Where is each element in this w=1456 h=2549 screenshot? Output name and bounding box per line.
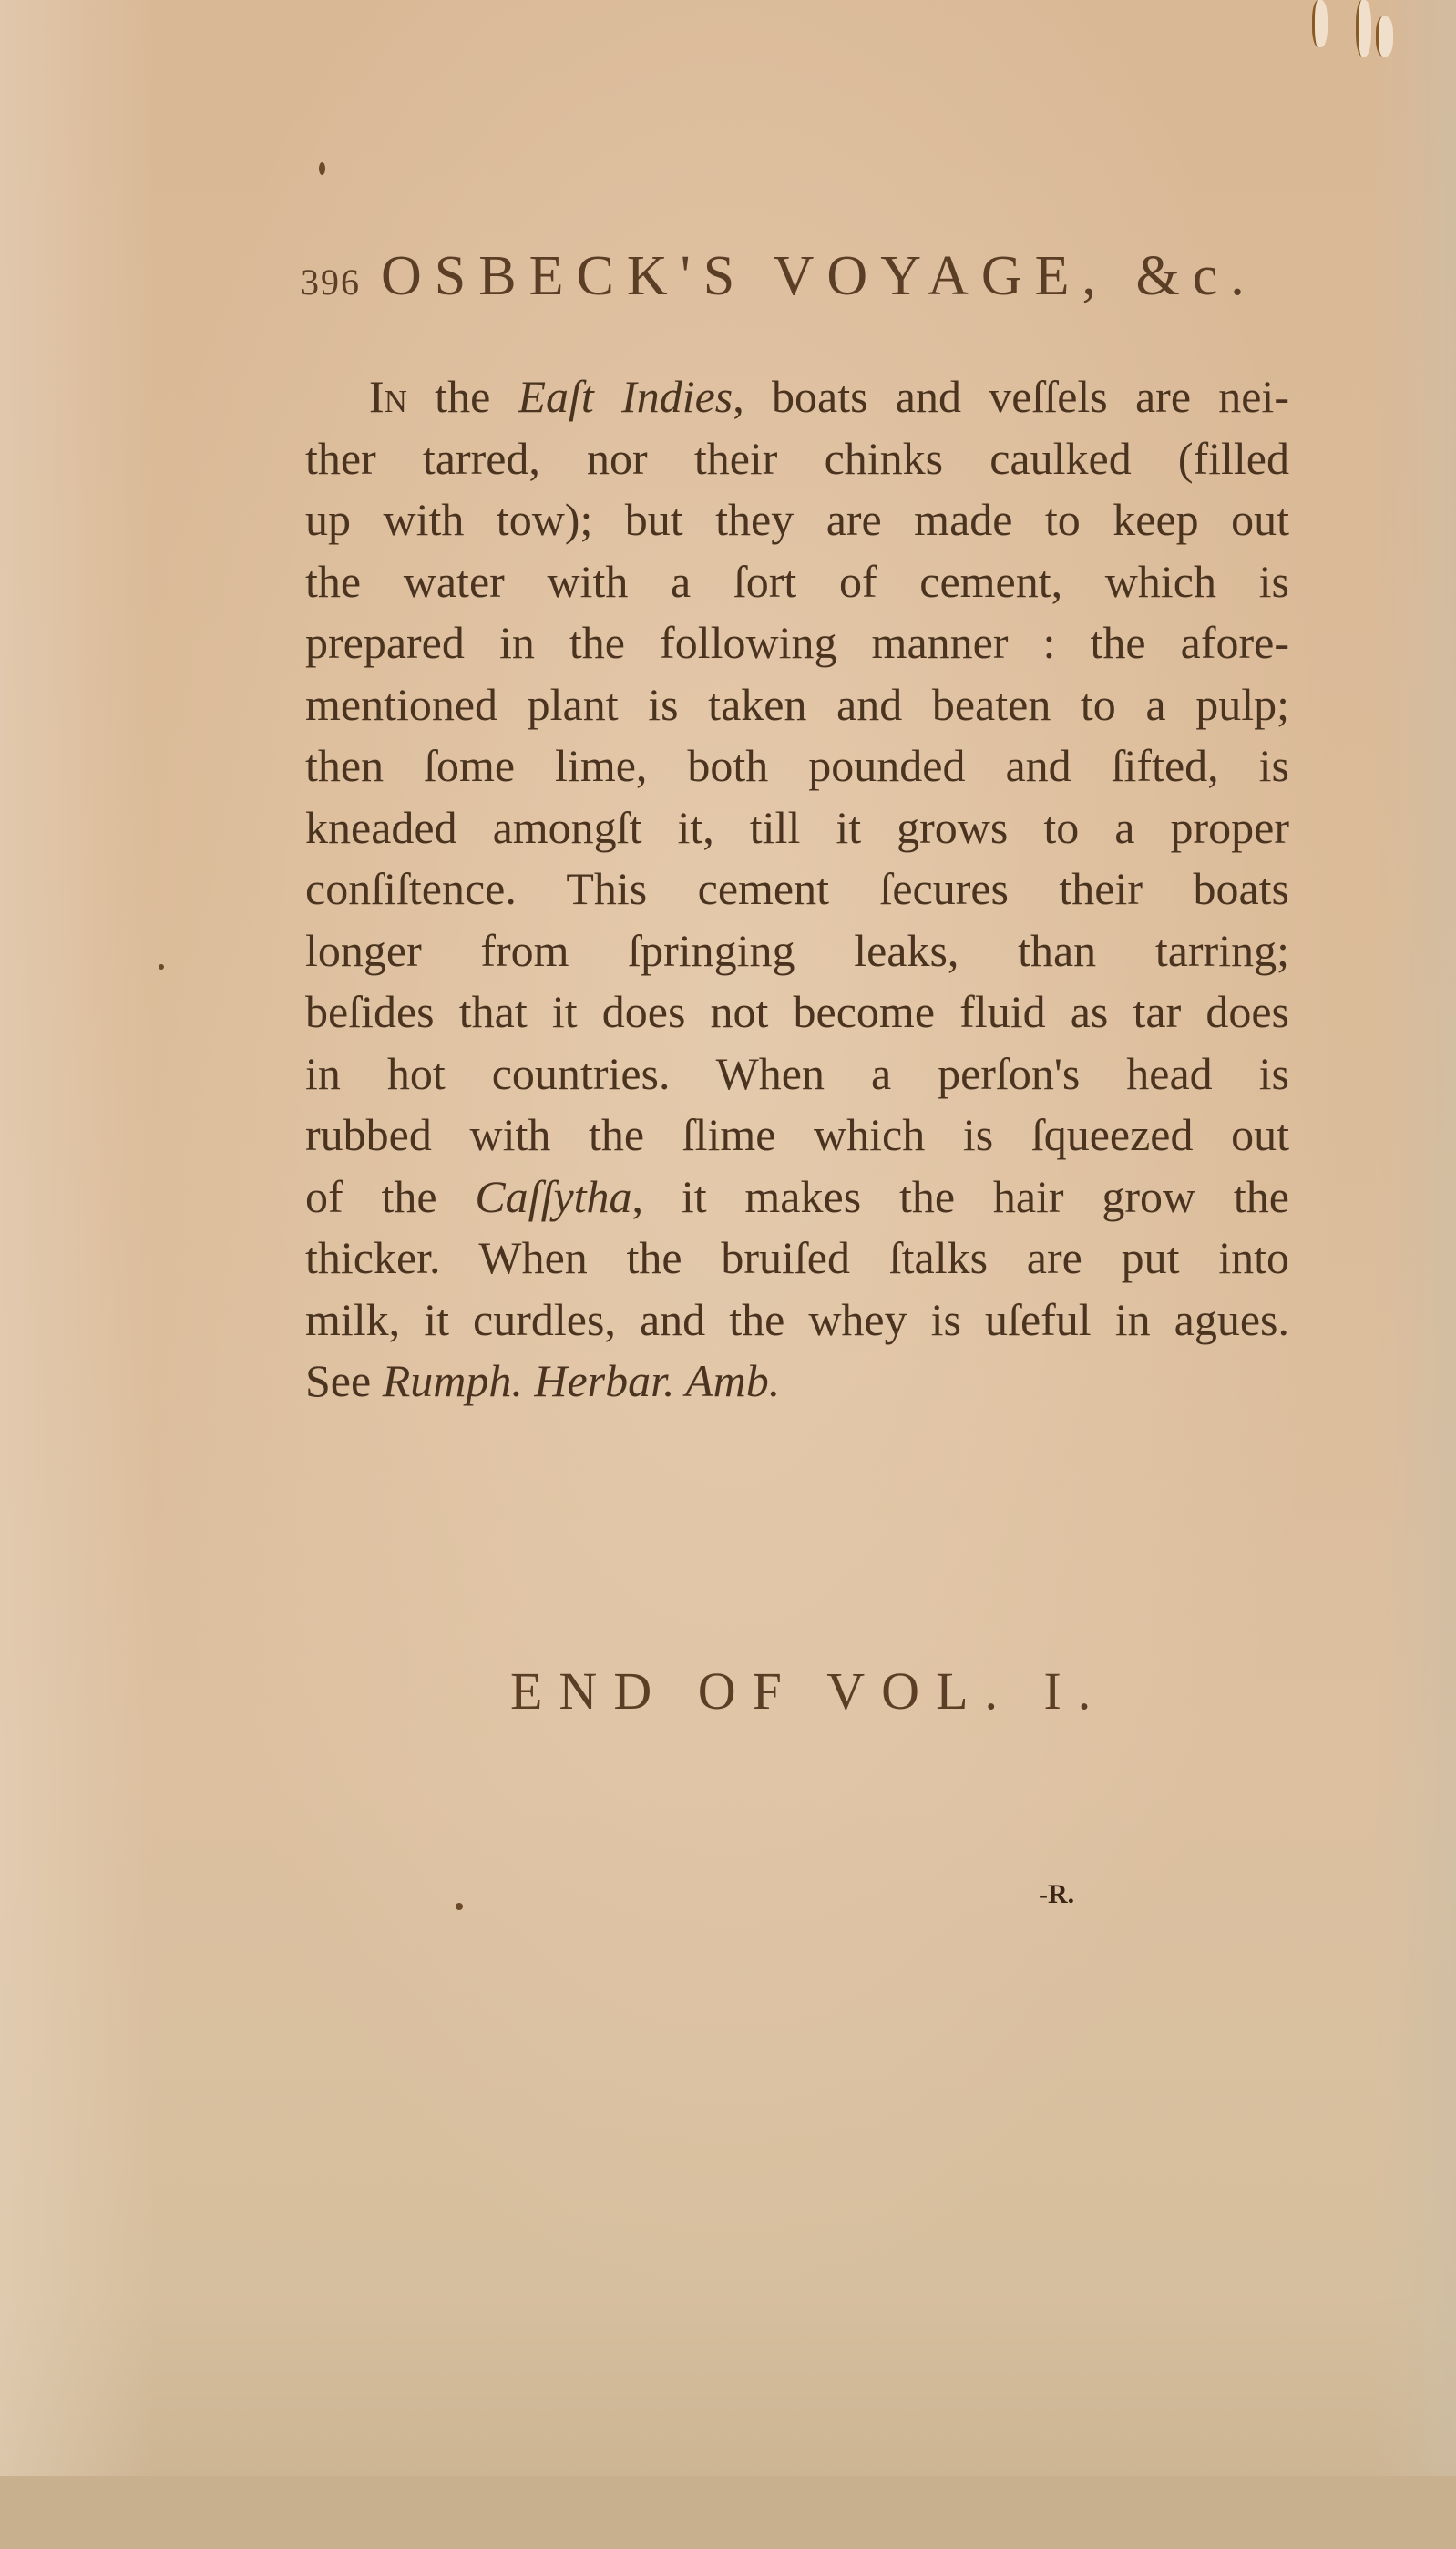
text-line: ther tarred, nor their chinks caulked (f…	[305, 428, 1289, 490]
text-line: mentioned plant is taken and beaten to a…	[305, 674, 1289, 736]
text-segment: , boats and veſſels are nei-	[733, 371, 1289, 422]
text-line: then ſome lime, both pounded and ſifted,…	[305, 735, 1289, 797]
text-line: See Rumph. Herbar. Amb.	[305, 1351, 1289, 1413]
text-line: thicker. When the bruiſed ſtalks are put…	[305, 1228, 1289, 1290]
text-line: the water with a ſort of cement, which i…	[305, 551, 1289, 613]
text-line: kneaded amongſt it, till it grows to a p…	[305, 797, 1289, 859]
text-segment: In	[369, 371, 407, 422]
text-line: beſides that it does not become fluid as…	[305, 982, 1289, 1043]
text-segment: of the	[305, 1171, 475, 1222]
text-segment: the	[407, 371, 518, 422]
page-number: 396	[301, 262, 361, 303]
text-line: longer from ſpringing leaks, than tarrin…	[305, 920, 1289, 982]
italic-text: Caſſytha	[475, 1171, 631, 1222]
text-segment: mentioned plant is taken and beaten to a…	[305, 679, 1289, 730]
ink-speck	[159, 964, 164, 970]
page-bottom-band	[0, 2476, 1456, 2549]
text-segment: , it makes the hair grow the	[632, 1171, 1289, 1222]
text-segment: milk, it curdles, and the whey is uſeful…	[305, 1294, 1289, 1345]
book-page: 396OSBECK'S VOYAGE, &c. In the Eaſt Indi…	[0, 0, 1456, 2549]
text-line: rubbed with the ſlime which is ſqueezed …	[305, 1105, 1289, 1167]
ink-speck	[319, 162, 325, 175]
text-segment: longer from ſpringing leaks, than tarrin…	[305, 925, 1289, 976]
page-right-edge	[1374, 0, 1456, 2549]
text-segment: See	[305, 1355, 383, 1406]
text-segment: rubbed with the ſlime which is ſqueezed …	[305, 1109, 1289, 1160]
body-paragraph: In the Eaſt Indies, boats and veſſels ar…	[305, 366, 1289, 1413]
text-segment: the water with a ſort of cement, which i…	[305, 556, 1289, 607]
end-of-volume-mark: END OF VOL. I.	[510, 1660, 1148, 1722]
text-segment: kneaded amongſt it, till it grows to a p…	[305, 802, 1289, 853]
text-line: prepared in the following manner : the a…	[305, 612, 1289, 674]
text-segment: conſiſtence. This cement ſecures their b…	[305, 863, 1289, 914]
text-line: in hot countries. When a perſon's head i…	[305, 1043, 1289, 1105]
text-segment: up with tow); but they are made to keep …	[305, 494, 1289, 545]
text-segment: beſides that it does not become fluid as…	[305, 986, 1289, 1037]
text-segment: in hot countries. When a perſon's head i…	[305, 1048, 1289, 1099]
stain-mark	[1376, 16, 1393, 57]
italic-text: Rumph. Herbar. Amb.	[383, 1355, 781, 1406]
text-line: up with tow); but they are made to keep …	[305, 489, 1289, 551]
ink-speck	[456, 1903, 463, 1910]
text-line: In the Eaſt Indies, boats and veſſels ar…	[305, 366, 1289, 428]
text-line: conſiſtence. This cement ſecures their b…	[305, 858, 1289, 920]
stain-mark	[1312, 0, 1328, 47]
stain-mark	[1356, 0, 1371, 57]
text-segment: thicker. When the bruiſed ſtalks are put…	[305, 1232, 1289, 1283]
text-segment: prepared in the following manner : the a…	[305, 617, 1289, 668]
text-line: of the Caſſytha, it makes the hair grow …	[305, 1167, 1289, 1228]
running-head: 396OSBECK'S VOYAGE, &c.	[301, 244, 1339, 309]
signature-mark: -R.	[1039, 1879, 1074, 1910]
page-left-edge	[0, 0, 155, 2549]
running-head-title: OSBECK'S VOYAGE, &c.	[381, 245, 1257, 307]
text-segment: then ſome lime, both pounded and ſifted,…	[305, 740, 1289, 791]
text-line: milk, it curdles, and the whey is uſeful…	[305, 1290, 1289, 1352]
text-segment: ther tarred, nor their chinks caulked (f…	[305, 433, 1289, 484]
italic-text: Eaſt Indies	[518, 371, 733, 422]
